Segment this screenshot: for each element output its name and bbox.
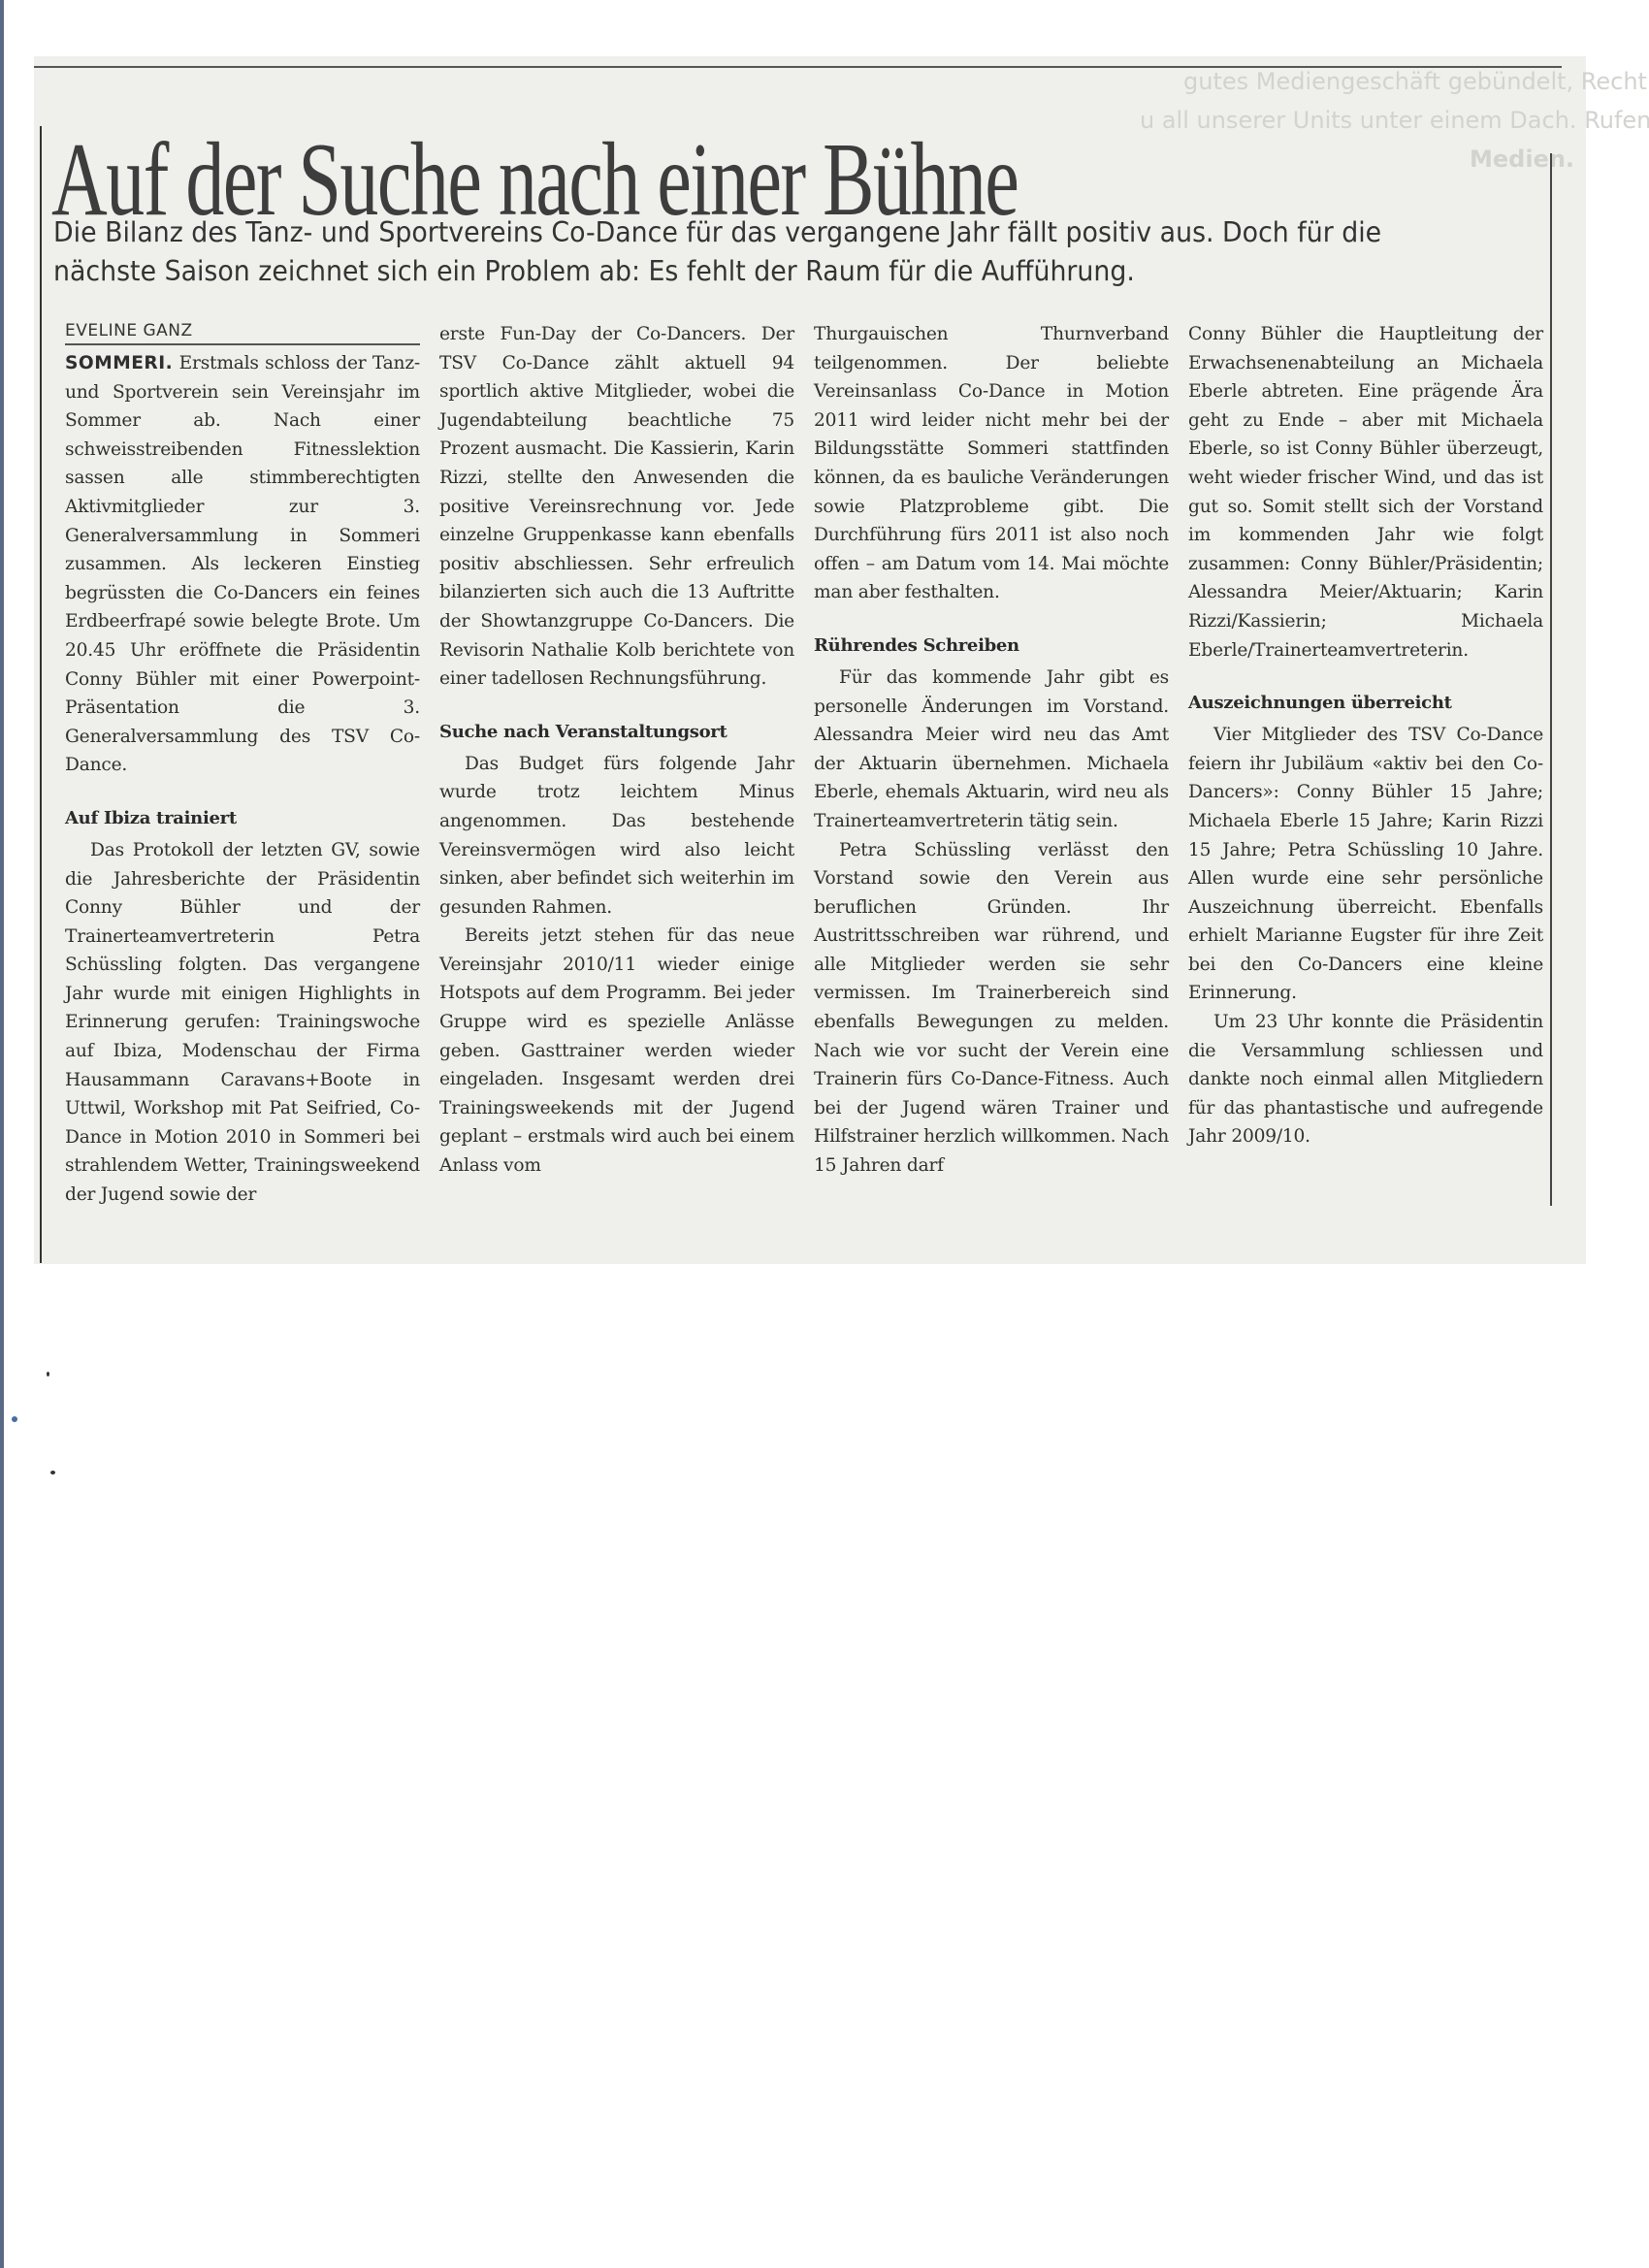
paragraph: Conny Bühler die Hauptleitung der Erwach… [1188,320,1543,664]
scanner-edge [0,0,4,2268]
bleed-through-text: Medien. [1470,146,1574,173]
scan-speck [12,1416,17,1422]
article-column-2: erste Fun-Day der Co-Dancers. Der TSV Co… [430,320,804,1242]
scan-speck [47,1372,49,1377]
paragraph: Thurgauischen Thurnverband teilgenommen.… [814,320,1169,607]
paragraph: Das Budget fürs folgende Jahr wurde trot… [439,750,794,923]
paragraph: Für das kommende Jahr gibt es personelle… [814,664,1169,836]
article-column-1: EVELINE GANZ SOMMERI. Erstmals schloss d… [55,320,430,1242]
bleed-through-text: u all unserer Units unter einem Dach. Ru… [1140,107,1649,134]
article-lead: Die Bilanz des Tanz- und Sportvereins Co… [53,213,1448,291]
paragraph: Petra Schüssling verlässt den Vorstand s… [814,836,1169,1181]
subheading: Auszeichnungen überreicht [1188,690,1543,717]
paragraph: Das Protokoll der letzten GV, sowie die … [65,836,420,1210]
scan-speck [50,1471,55,1474]
newspaper-clipping: gutes Mediengeschäft gebündelt, Recht wi… [34,56,1586,1264]
frame-left-rule [40,126,42,1263]
article-column-4: Conny Bühler die Hauptleitung der Erwach… [1179,320,1553,1242]
article-column-3: Thurgauischen Thurnverband teilgenommen.… [804,320,1179,1242]
dateline: SOMMERI. [65,353,173,373]
paragraph: Bereits jetzt stehen für das neue Verein… [439,922,794,1180]
article-body: EVELINE GANZ SOMMERI. Erstmals schloss d… [55,320,1549,1242]
paragraph: erste Fun-Day der Co-Dancers. Der TSV Co… [439,320,794,694]
subheading: Auf Ibiza trainiert [65,805,420,832]
paragraph: Um 23 Uhr konnte die Präsidentin die Ver… [1188,1008,1543,1151]
author-byline: EVELINE GANZ [65,320,420,345]
paragraph: SOMMERI. Erstmals schloss der Tanz- und … [65,349,420,780]
subheading: Suche nach Veranstaltungsort [439,719,794,746]
bleed-through-text: gutes Mediengeschäft gebündelt, Recht wi… [1183,68,1649,95]
paragraph: Vier Mitglieder des TSV Co-Dance feiern … [1188,721,1543,1008]
subheading: Rührendes Schreiben [814,632,1169,660]
